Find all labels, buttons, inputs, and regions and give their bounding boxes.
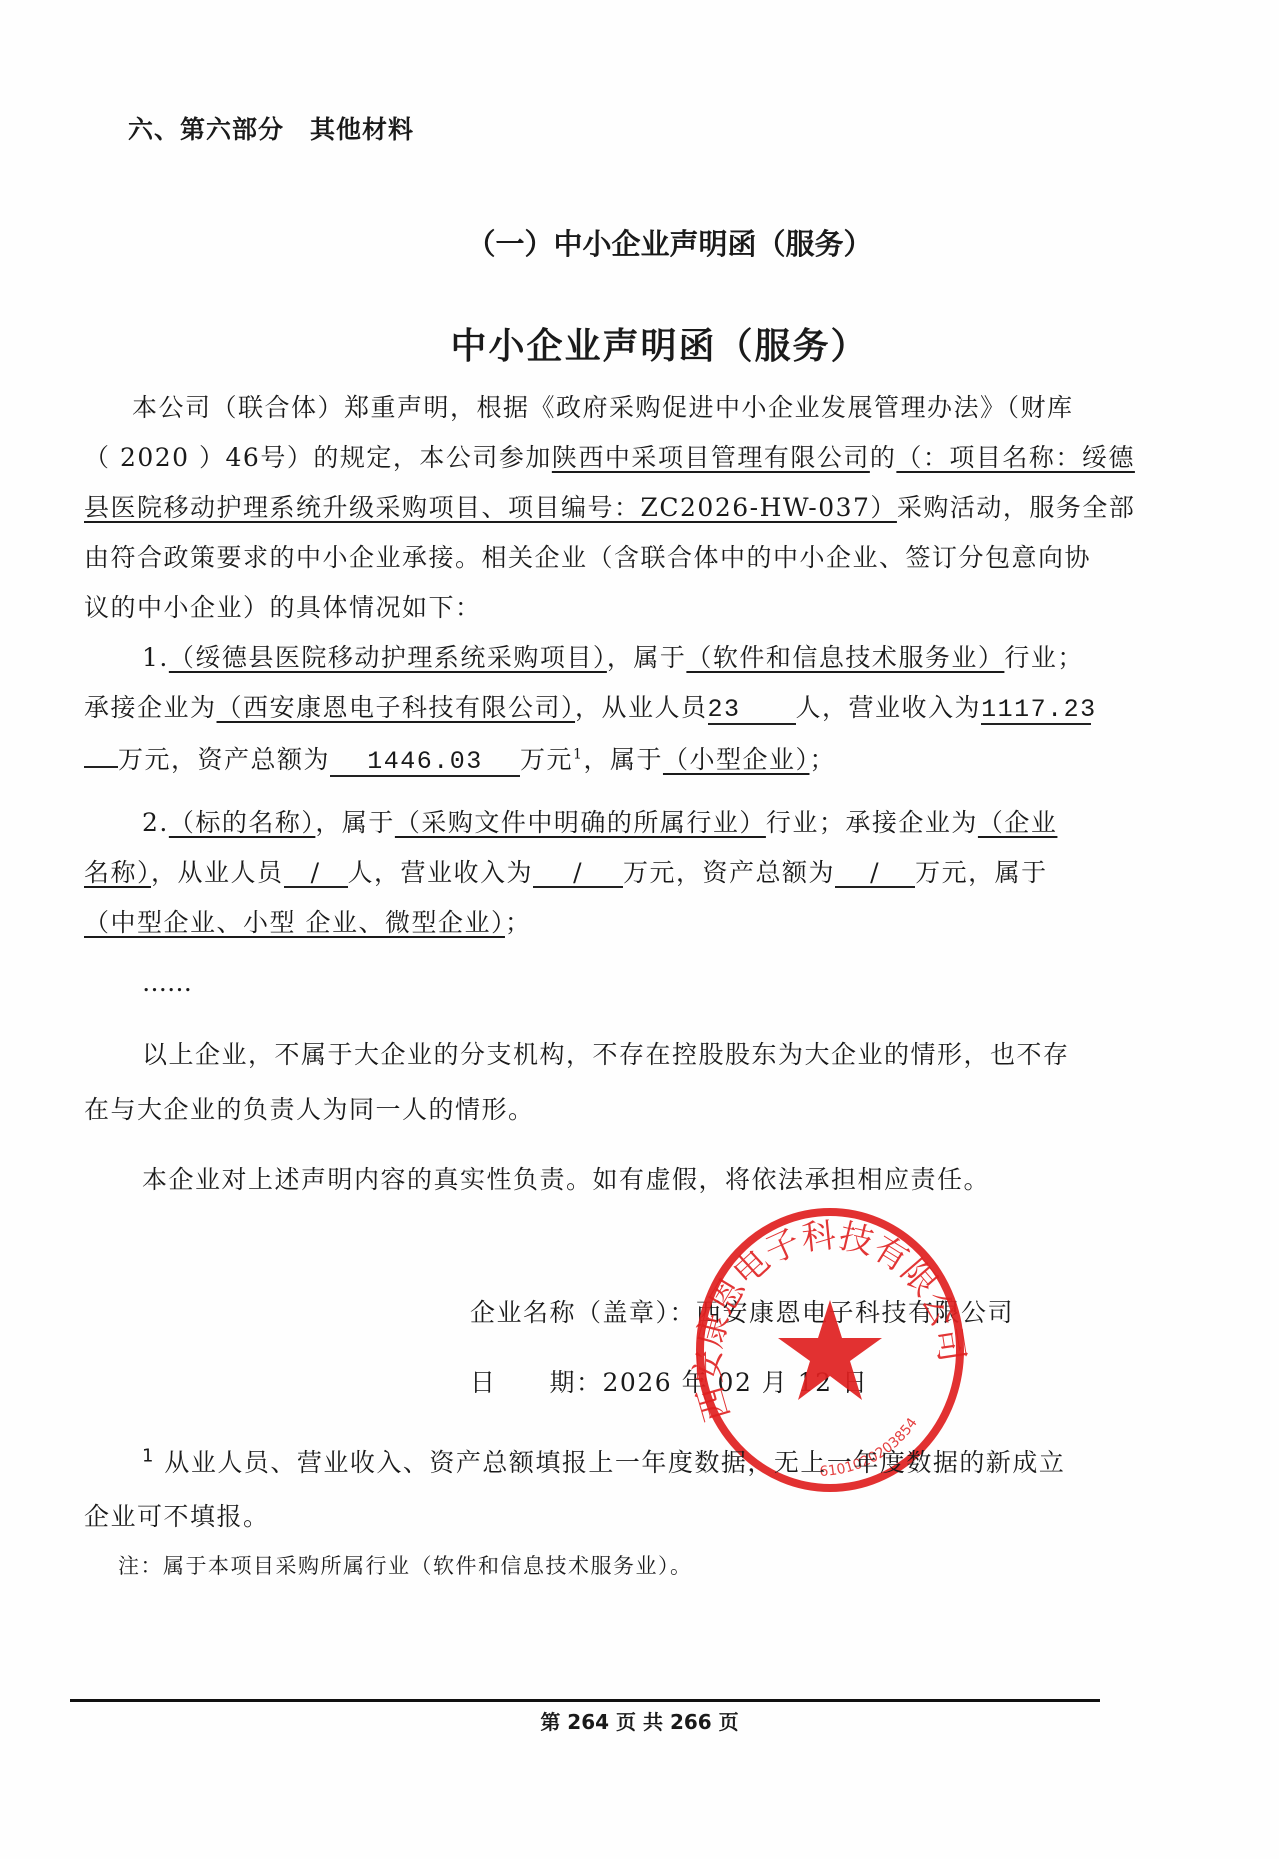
label: ，属于 xyxy=(315,808,395,837)
page-number: 第 264 页 共 266 页 xyxy=(0,1706,1279,1735)
item2-line-1: 2.（标的名称），属于（采购文件中明确的所属行业）行业；承接企业为（企业 xyxy=(142,803,1057,839)
section-heading: 六、第六部分 其他材料 xyxy=(128,110,414,146)
item-number: 2. xyxy=(142,808,169,837)
label: 万元 xyxy=(520,745,573,774)
item2-contractor-part1: （企业 xyxy=(978,808,1058,837)
item2-contractor-part2: 名称） xyxy=(84,858,151,887)
item1-employees: 23 xyxy=(708,695,796,725)
footnote-line-1: 1 从业人员、营业收入、资产总额填报上一年度数据，无上一年度数据的新成立 xyxy=(142,1443,1065,1479)
intro-line-1: 本公司（联合体）郑重声明，根据《政府采购促进中小企业发展管理办法》（财库 xyxy=(132,388,1074,424)
intro-text: （ 2020 ）46号）的规定，本公司参加 xyxy=(84,443,552,472)
statement-1-line-1: 以上企业，不属于大企业的分支机构，不存在控股股东为大企业的情形，也不存 xyxy=(142,1035,1070,1071)
label: ，属于 xyxy=(583,745,663,774)
item1-enterprise-type: （小型企业） xyxy=(663,745,810,774)
label: 万元，资产总额为 xyxy=(118,745,330,774)
project-name-part2: 县医院移动护理系统升级采购项目、项目编号：ZC2026-HW-037） xyxy=(84,493,897,522)
label: 行业；承接企业为 xyxy=(766,808,978,837)
footnote-line-2: 企业可不填报。 xyxy=(84,1497,270,1533)
date-value: 2026 年 02 月 12 日 xyxy=(603,1368,869,1397)
footnote-text: 从业人员、营业收入、资产总额填报上一年度数据，无上一年度数据的新成立 xyxy=(164,1448,1065,1477)
agency-name: 陕西中采项目管理有限公司 xyxy=(552,443,870,472)
item1-line-3: 万元，资产总额为1446.03万元1，属于（小型企业）； xyxy=(84,738,836,777)
item-number: 1. xyxy=(142,643,169,672)
signature-date: 日 期：2026 年 02 月 12 日 xyxy=(470,1363,869,1399)
footnote-mark: 1 xyxy=(573,747,583,763)
item2-employees: / xyxy=(284,858,348,888)
item2-assets: / xyxy=(835,858,915,888)
label: 万元，资产总额为 xyxy=(623,858,835,887)
signature-company: 企业名称（盖章）：西安康恩电子科技有限公司 xyxy=(470,1293,1014,1329)
item1-contractor: （西安康恩电子科技有限公司） xyxy=(217,693,576,722)
item2-industry: （采购文件中明确的所属行业） xyxy=(395,808,766,837)
label: ，属于 xyxy=(607,643,687,672)
blank xyxy=(84,738,118,768)
item1-industry: （软件和信息技术服务业） xyxy=(686,643,1004,672)
intro-line-5: 议的中小企业）的具体情况如下： xyxy=(84,588,482,624)
ellipsis: …… xyxy=(142,968,192,997)
item1-line-2: 承接企业为（西安康恩电子科技有限公司），从业人员23人，营业收入为1117.23 xyxy=(84,688,1091,725)
document-subtitle: （一）中小企业声明函（服务） xyxy=(0,222,1279,263)
label: 万元，属于 xyxy=(915,858,1048,887)
item2-revenue: / xyxy=(533,858,623,888)
item2-line-2: 名称），从业人员/人，营业收入为/万元，资产总额为/万元，属于 xyxy=(84,853,1048,889)
item2-line-3: （中型企业、小型 企业、微型企业）； xyxy=(84,903,531,939)
date-label: 日 期： xyxy=(470,1368,603,1397)
statement-1-line-2: 在与大企业的负责人为同一人的情形。 xyxy=(84,1090,535,1126)
statement-2: 本企业对上述声明内容的真实性负责。如有虚假，将依法承担相应责任。 xyxy=(142,1160,990,1196)
item2-subject: （标的名称） xyxy=(169,808,316,837)
item2-enterprise-type: （中型企业、小型 企业、微型企业） xyxy=(84,908,505,937)
label: ，从业人员 xyxy=(575,693,708,722)
company-label: 企业名称（盖章）： xyxy=(470,1298,696,1327)
item1-assets: 1446.03 xyxy=(330,747,520,777)
label: 人，营业收入为 xyxy=(348,858,534,887)
item1-revenue: 1117.23 xyxy=(981,695,1091,725)
document-title: 中小企业声明函（服务） xyxy=(0,318,1279,369)
intro-text: 采购活动，服务全部 xyxy=(897,493,1136,522)
intro-line-3: 县医院移动护理系统升级采购项目、项目编号：ZC2026-HW-037）采购活动，… xyxy=(84,488,1135,524)
label: ； xyxy=(505,908,532,937)
label: ，从业人员 xyxy=(151,858,284,887)
intro-line-2: （ 2020 ）46号）的规定，本公司参加陕西中采项目管理有限公司的（：项目名称… xyxy=(84,438,1135,474)
footnote-mark: 1 xyxy=(142,1446,155,1467)
intro-text: 的 xyxy=(870,443,897,472)
label: 人，营业收入为 xyxy=(796,693,982,722)
label: 行业； xyxy=(1004,643,1084,672)
project-name-part1: （：项目名称：绥德 xyxy=(896,443,1135,472)
company-name: 西安康恩电子科技有限公司 xyxy=(696,1298,1014,1327)
note: 注：属于本项目采购所属行业（软件和信息技术服务业）。 xyxy=(118,1550,693,1580)
item1-subject: （绥德县医院移动护理系统采购项目） xyxy=(169,643,607,672)
item1-line-1: 1.（绥德县医院移动护理系统采购项目），属于（软件和信息技术服务业）行业； xyxy=(142,638,1084,674)
label: 承接企业为 xyxy=(84,693,217,722)
label: ； xyxy=(809,745,836,774)
intro-line-4: 由符合政策要求的中小企业承接。相关企业（含联合体中的中小企业、签订分包意向协 xyxy=(84,538,1091,574)
footer-divider xyxy=(70,1699,1100,1702)
